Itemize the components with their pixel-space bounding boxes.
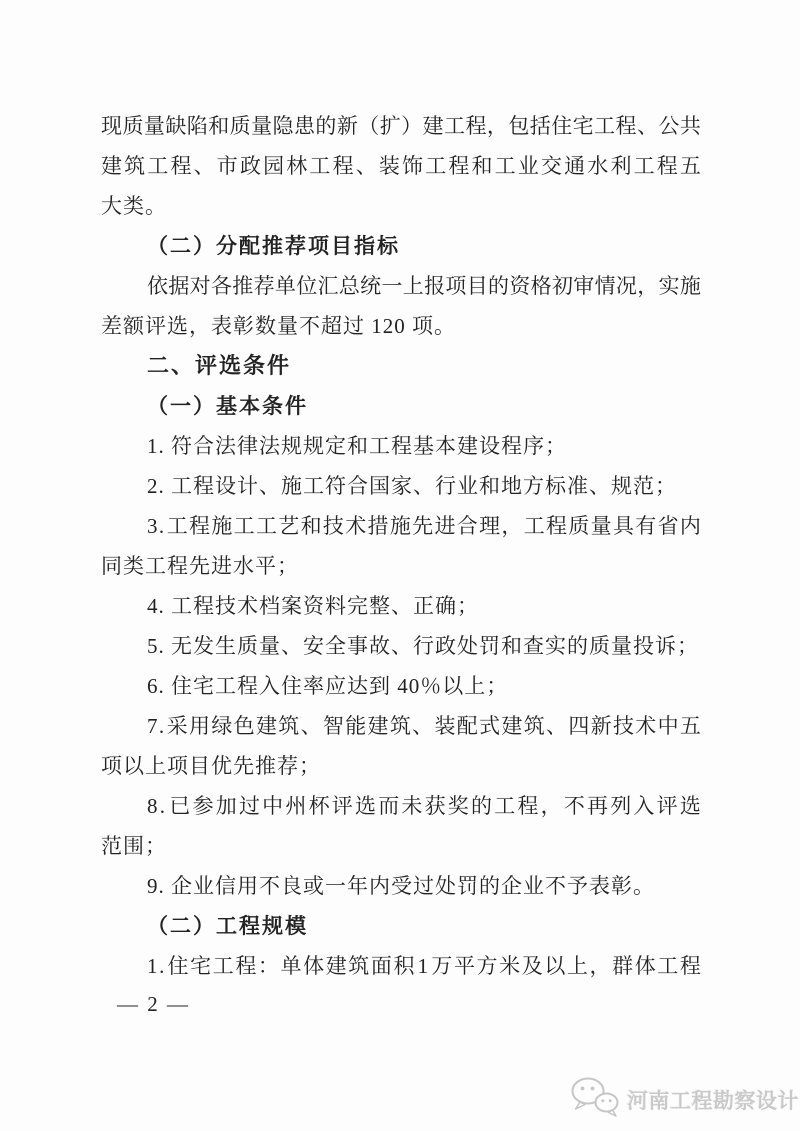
document-line: 2. 工程设计、施工符合国家、行业和地方标准、规范； bbox=[101, 466, 701, 506]
document-line: 1. 符合法律法规规定和工程基本建设程序； bbox=[101, 426, 701, 466]
document-line: 现质量缺陷和质量隐患的新（扩）建工程，包括住宅工程、公共 bbox=[101, 106, 701, 146]
document-line: 7. 采用绿色建筑、智能建筑、装配式建筑、四新技术中五 bbox=[101, 706, 701, 746]
document-line: 建筑工程、市政园林工程、装饰工程和工业交通水利工程五 bbox=[101, 146, 701, 186]
watermark: 河南工程勘察设计 bbox=[570, 1076, 799, 1123]
document-line: 二、评选条件 bbox=[101, 346, 701, 386]
document-line: 大类。 bbox=[101, 186, 701, 226]
page-number: — 2 — bbox=[117, 984, 190, 1024]
document-line: 9. 企业信用不良或一年内受过处罚的企业不予表彰。 bbox=[101, 866, 701, 906]
document-line: 依据对各推荐单位汇总统一上报项目的资格初审情况，实施 bbox=[101, 266, 701, 306]
document-line: （一）基本条件 bbox=[101, 386, 701, 426]
document-line: 4. 工程技术档案资料完整、正确； bbox=[101, 586, 701, 626]
document-line: 项以上项目优先推荐； bbox=[101, 746, 701, 786]
document-line: 范围； bbox=[101, 826, 701, 866]
document-line: 差额评选，表彰数量不超过 120 项。 bbox=[101, 306, 701, 346]
document-line: 6. 住宅工程入住率应达到 40％以上； bbox=[101, 666, 701, 706]
wechat-icon bbox=[570, 1076, 620, 1123]
document-body: 现质量缺陷和质量隐患的新（扩）建工程，包括住宅工程、公共建筑工程、市政园林工程、… bbox=[101, 106, 701, 986]
document-line: 3. 工程施工工艺和技术措施先进合理，工程质量具有省内 bbox=[101, 506, 701, 546]
document-line: 5. 无发生质量、安全事故、行政处罚和查实的质量投诉； bbox=[101, 626, 701, 666]
document-line: （二）工程规模 bbox=[101, 906, 701, 946]
watermark-brand-text: 河南工程勘察设计 bbox=[627, 1085, 799, 1115]
document-line: 8. 已参加过中州杯评选而未获奖的工程，不再列入评选 bbox=[101, 786, 701, 826]
document-line: （二）分配推荐项目指标 bbox=[101, 226, 701, 266]
document-line: 1. 住宅工程：单体建筑面积 1 万平方米及以上，群体工程 bbox=[101, 946, 701, 986]
document-line: 同类工程先进水平； bbox=[101, 546, 701, 586]
